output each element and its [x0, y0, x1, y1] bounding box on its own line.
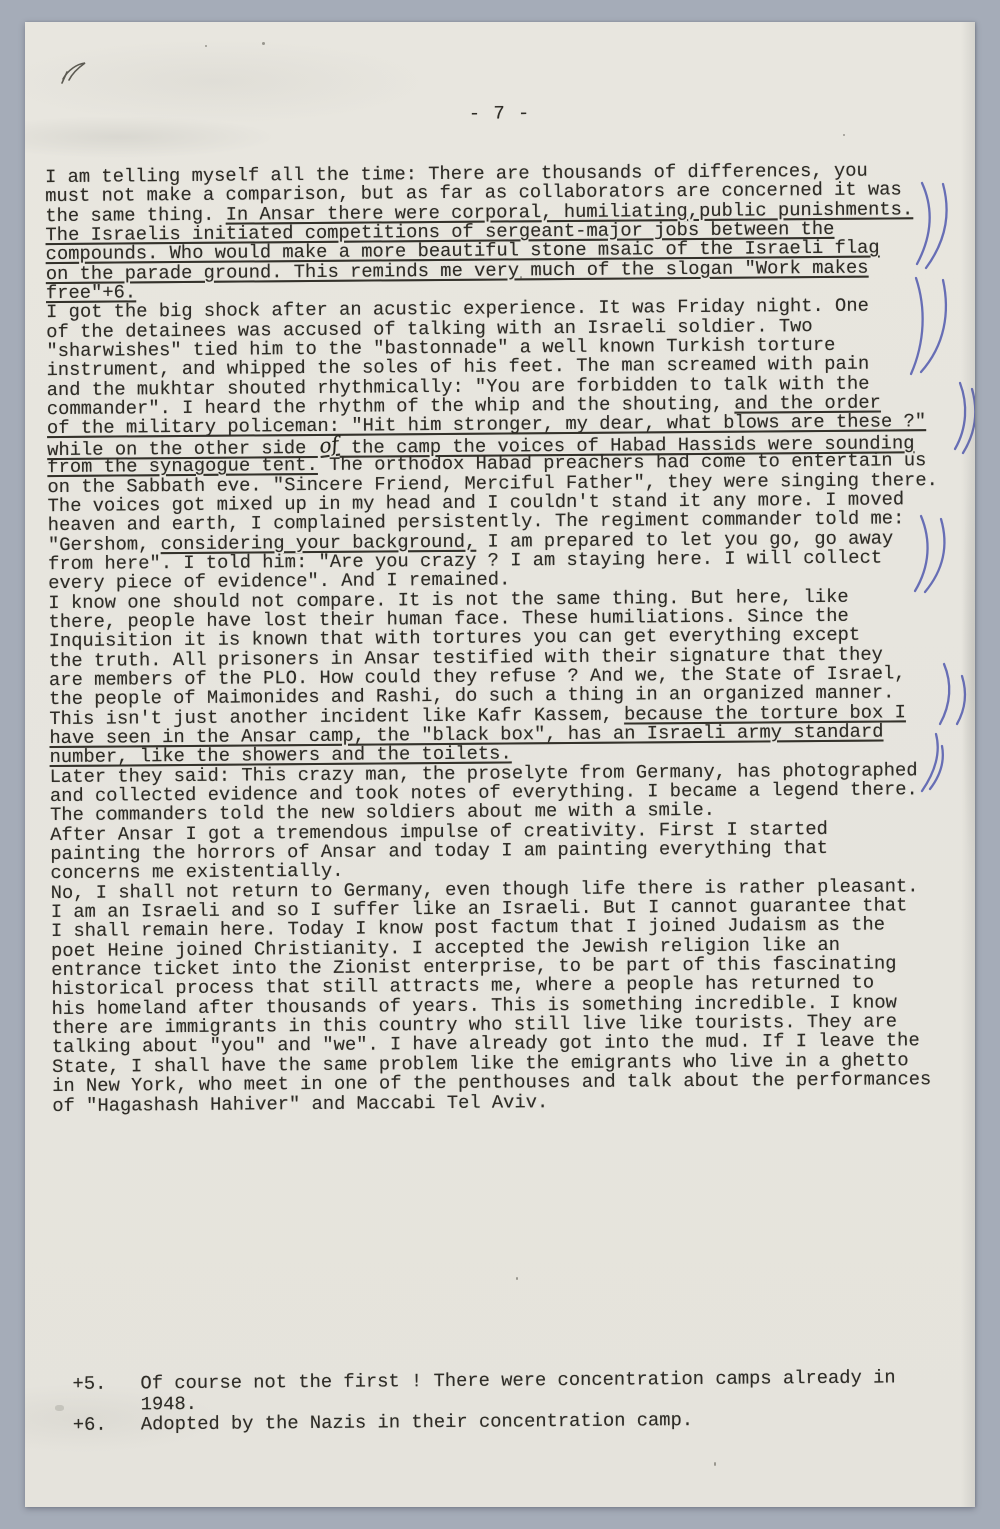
paper-speckle [714, 1462, 716, 1466]
page-number: - 7 - [24, 99, 974, 128]
text-line: of "Hagashash Hahiver" and Maccabi Tel A… [52, 1089, 968, 1116]
paper-speckle [516, 1277, 518, 1280]
document-page: - 7 - I am telling myself all the time: … [25, 22, 975, 1507]
footnote-marker: +6. [73, 1415, 113, 1436]
footnote-text: Adopted by the Nazis in their concentrat… [141, 1410, 693, 1435]
scan-background: - 7 - I am telling myself all the time: … [0, 0, 1000, 1529]
footnote: +5.Of course not the first ! There were … [72, 1367, 952, 1415]
document-body: I am telling myself all the time: There … [45, 161, 968, 1116]
paper-smudge [55, 1405, 64, 1411]
footnote-text: Of course not the first ! There were con… [140, 1367, 895, 1414]
paper-speckle [205, 45, 207, 47]
text-segment: of "Hagashash Hahiver" and Maccabi Tel A… [52, 1091, 548, 1117]
typewritten-content: - 7 - I am telling myself all the time: … [24, 15, 986, 1507]
footnote-marker: +5. [72, 1374, 112, 1415]
paper-speckle [843, 134, 845, 136]
paper-speckle [262, 42, 265, 45]
handwritten-word: of [316, 434, 340, 456]
paper-speckle [520, 276, 522, 279]
footnote-line: Adopted by the Nazis in their concentrat… [141, 1410, 693, 1435]
footnote: +6.Adopted by the Nazis in their concent… [73, 1408, 953, 1435]
footnotes-section: +5.Of course not the first ! There were … [72, 1367, 952, 1435]
